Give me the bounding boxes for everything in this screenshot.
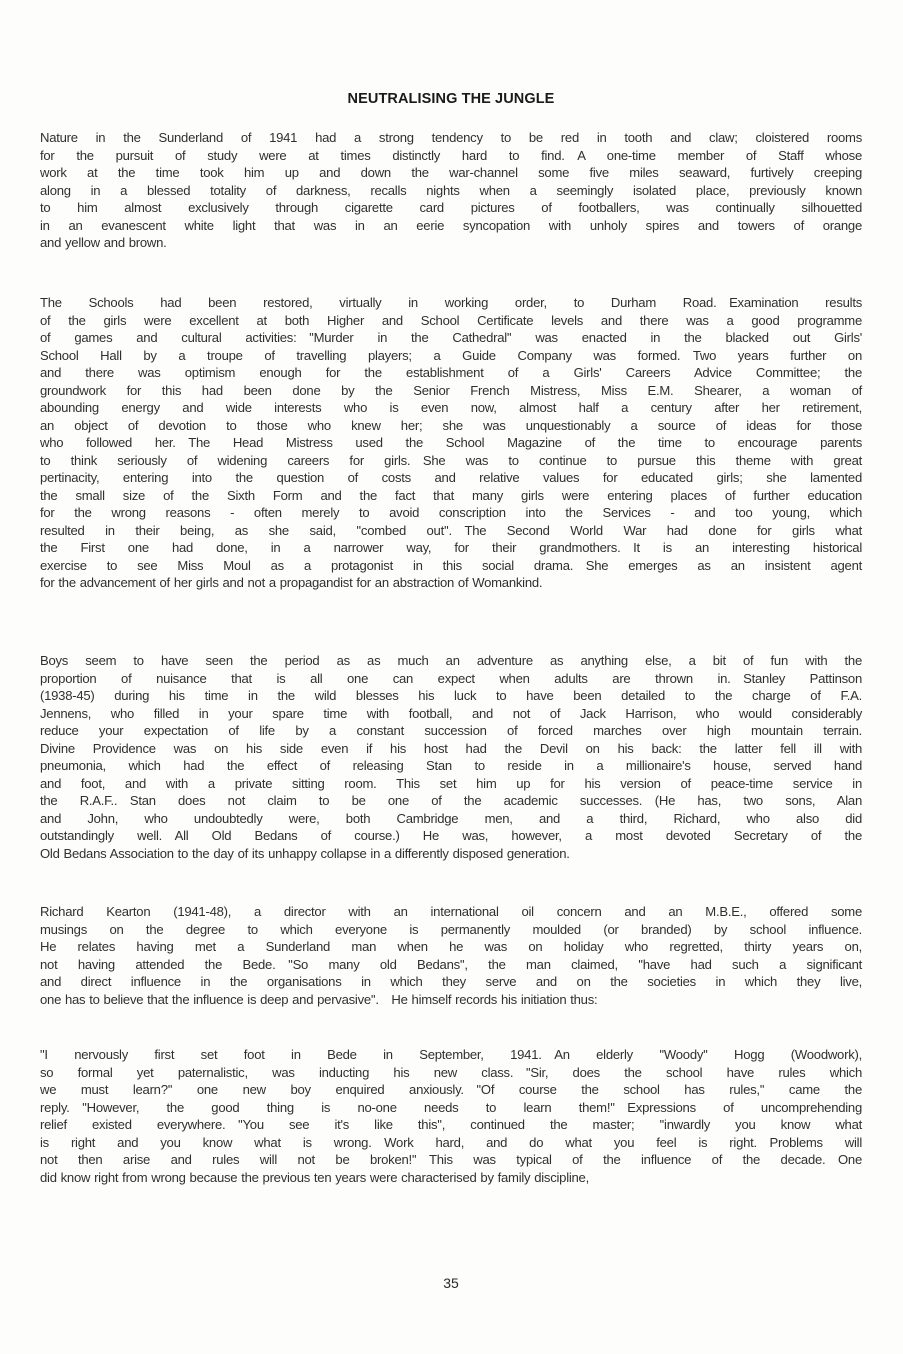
text-line: for the wrong reasons - often merely to … bbox=[40, 504, 862, 522]
text-line: reduce your expectation of life by a con… bbox=[40, 722, 862, 740]
text-line: who followed her. The Head Mistress used… bbox=[40, 434, 862, 452]
text-line: we must learn?'' one new boy enquired an… bbox=[40, 1081, 862, 1099]
text-line: an object of devotion to those who knew … bbox=[40, 417, 862, 435]
text-line: so formal yet paternalistic, was inducti… bbox=[40, 1064, 862, 1082]
text-line: pneumonia, which had the effect of relea… bbox=[40, 757, 862, 775]
text-line: and yellow and brown. bbox=[40, 234, 862, 252]
paragraph-4: Richard Kearton (1941-48), a director wi… bbox=[40, 903, 862, 1008]
text-line: and foot, and with a private sitting roo… bbox=[40, 775, 862, 793]
text-line: relief existed everywhere. ''You see it'… bbox=[40, 1116, 862, 1134]
text-line: of games and cultural activities: ''Murd… bbox=[40, 329, 862, 347]
text-line: abounding energy and wide interests who … bbox=[40, 399, 862, 417]
text-line: Boys seem to have seen the period as as … bbox=[40, 652, 862, 670]
text-line: in an evanescent white light that was in… bbox=[40, 217, 862, 235]
text-line: outstandingly well. All Old Bedans of co… bbox=[40, 827, 862, 845]
text-line: School Hall by a troupe of travelling pl… bbox=[40, 347, 862, 365]
text-line: musings on the degree to which everyone … bbox=[40, 921, 862, 939]
text-line: not then arise and rules will not be bro… bbox=[40, 1151, 862, 1169]
page-number: 35 bbox=[40, 1275, 862, 1291]
paragraph-3: Boys seem to have seen the period as as … bbox=[40, 652, 862, 862]
text-line: and direct influence in the organisation… bbox=[40, 973, 862, 991]
text-line: the R.A.F.. Stan does not claim to be on… bbox=[40, 792, 862, 810]
text-line: "I nervously first set foot in Bede in S… bbox=[40, 1046, 862, 1064]
paragraph-2: The Schools had been restored, virtually… bbox=[40, 294, 862, 592]
text-line: groundwork for this had been done by the… bbox=[40, 382, 862, 400]
page-title: NEUTRALISING THE JUNGLE bbox=[40, 91, 862, 107]
text-line: (1938-45) during his time in the wild bl… bbox=[40, 687, 862, 705]
text-line: the First one had done, in a narrower wa… bbox=[40, 539, 862, 557]
text-line: Old Bedans Association to the day of its… bbox=[40, 845, 862, 863]
text-line: exercise to see Miss Moul as a protagoni… bbox=[40, 557, 862, 575]
text-line: and John, who undoubtedly were, both Cam… bbox=[40, 810, 862, 828]
text-line: pertinacity, entering into the question … bbox=[40, 469, 862, 487]
text-line: Divine Providence was on his side even i… bbox=[40, 740, 862, 758]
text-line: reply. ''However, the good thing is no-o… bbox=[40, 1099, 862, 1117]
text-line: for the advancement of her girls and not… bbox=[40, 574, 862, 592]
text-line: for the pursuit of study were at times d… bbox=[40, 147, 862, 165]
paragraph-1: Nature in the Sunderland of 1941 had a s… bbox=[40, 129, 862, 252]
paragraph-5: "I nervously first set foot in Bede in S… bbox=[40, 1046, 862, 1186]
text-line: Nature in the Sunderland of 1941 had a s… bbox=[40, 129, 862, 147]
text-line: proportion of nuisance that is all one c… bbox=[40, 670, 862, 688]
text-line: one has to believe that the influence is… bbox=[40, 991, 862, 1009]
text-line: He relates having met a Sunderland man w… bbox=[40, 938, 862, 956]
text-line: Richard Kearton (1941-48), a director wi… bbox=[40, 903, 862, 921]
text-line: work at the time took him up and down th… bbox=[40, 164, 862, 182]
text-line: Jennens, who filled in your spare time w… bbox=[40, 705, 862, 723]
text-line: did know right from wrong because the pr… bbox=[40, 1169, 862, 1187]
text-line: is right and you know what is wrong. Wor… bbox=[40, 1134, 862, 1152]
text-line: the small size of the Sixth Form and the… bbox=[40, 487, 862, 505]
text-line: and there was optimism enough for the es… bbox=[40, 364, 862, 382]
text-line: to him almost exclusively through cigare… bbox=[40, 199, 862, 217]
text-line: of the girls were excellent at both High… bbox=[40, 312, 862, 330]
text-line: along in a blessed totality of darkness,… bbox=[40, 182, 862, 200]
text-line: not having attended the Bede. ''So many … bbox=[40, 956, 862, 974]
text-line: resulted in their being, as she said, ''… bbox=[40, 522, 862, 540]
text-line: to think seriously of widening careers f… bbox=[40, 452, 862, 470]
text-line: The Schools had been restored, virtually… bbox=[40, 294, 862, 312]
